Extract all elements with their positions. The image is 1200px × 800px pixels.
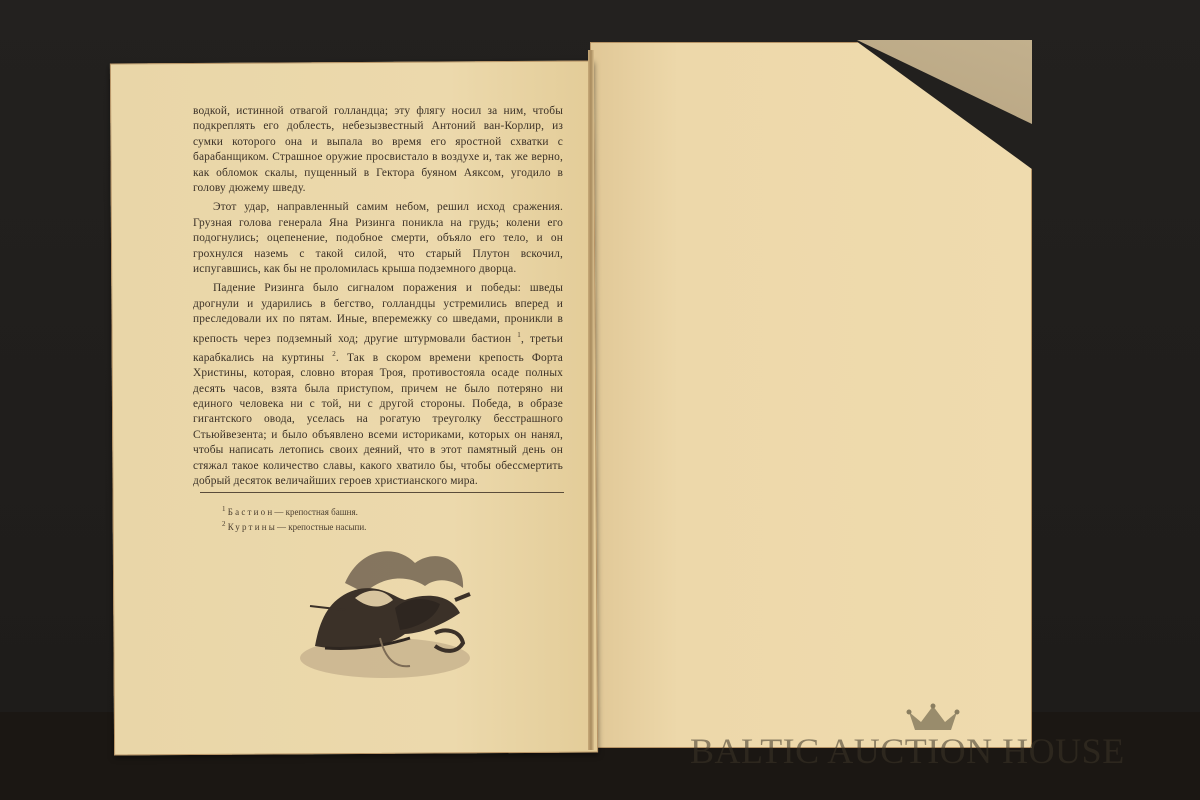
- book-spine-gutter: [588, 50, 594, 750]
- footnote-term: Куртины: [228, 522, 277, 532]
- right-page-blank: [590, 42, 1032, 748]
- paragraph-1: водкой, истинной отвагой голландца; эту …: [193, 104, 563, 196]
- paragraph-3-part-1: Падение Ризинга было сигналом поражения …: [193, 282, 563, 344]
- footnote-definition: — крепостные насыпи.: [277, 522, 366, 532]
- footnote-definition: — крепостная башня.: [274, 507, 358, 517]
- footnote-divider: [200, 492, 564, 493]
- footnotes: 1 Бастион— крепостная башня. 2 Куртины— …: [222, 503, 366, 533]
- footnote-marker: 2: [222, 520, 226, 528]
- footnote-1: 1 Бастион— крепостная башня.: [222, 503, 366, 518]
- watermark-text: BALTIC AUCTION HOUSE: [690, 730, 1190, 772]
- paragraph-3-part-3: . Так в скором времени крепость Форта Хр…: [193, 352, 563, 487]
- crown-icon: [905, 702, 961, 732]
- footnote-marker: 1: [222, 505, 226, 513]
- footnote-2: 2 Куртины— крепостные насыпи.: [222, 518, 366, 533]
- paragraph-3: Падение Ризинга было сигналом поражения …: [193, 281, 563, 489]
- tricorn-hat-illustration: [285, 538, 485, 688]
- paragraph-2: Этот удар, направленный самим небом, реш…: [193, 200, 563, 277]
- footnote-term: Бастион: [228, 507, 275, 517]
- body-text: водкой, истинной отвагой голландца; эту …: [193, 104, 563, 489]
- footnote-ref-1: 1: [517, 331, 521, 339]
